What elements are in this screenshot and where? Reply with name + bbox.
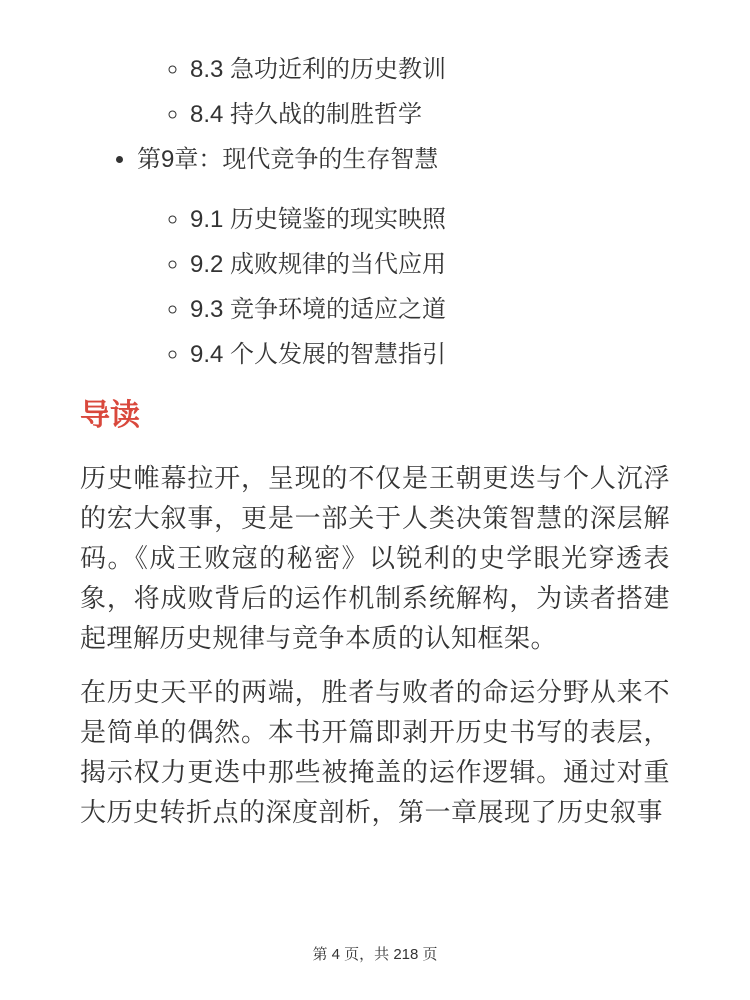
toc-item-9-2: 9.2 成败规律的当代应用 [190, 251, 670, 279]
toc-chapter9-label: 第9章：现代竞争的生存智慧 [137, 146, 438, 173]
toc-chapter8-sublist: 8.3 急功近利的历史教训 8.4 持久战的制胜哲学 [137, 56, 670, 129]
toc-chapter9-sublist: 9.1 历史镜鉴的现实映照 9.2 成败规律的当代应用 9.3 竞争环境的适应之… [137, 206, 670, 369]
document-page: 8.3 急功近利的历史教训 8.4 持久战的制胜哲学 第9章：现代竞争的生存智慧… [0, 0, 750, 832]
toc-item-9-3: 9.3 竞争环境的适应之道 [190, 296, 670, 324]
intro-paragraph-2: 在历史天平的两端，胜者与败者的命运分野从来不是简单的偶然。本书开篇即剥开历史书写… [80, 672, 670, 832]
page-indicator: 第 4 页，共 218 页 [0, 943, 750, 964]
intro-paragraph-1: 历史帷幕拉开，呈现的不仅是王朝更迭与个人沉浮的宏大叙事，更是一部关于人类决策智慧… [80, 458, 670, 658]
toc-item-8-3: 8.3 急功近利的历史教训 [190, 56, 670, 84]
toc-item-9-1: 9.1 历史镜鉴的现实映照 [190, 206, 670, 234]
table-of-contents: 8.3 急功近利的历史教训 8.4 持久战的制胜哲学 第9章：现代竞争的生存智慧… [80, 56, 670, 369]
section-heading-daodu: 导读 [80, 400, 670, 432]
toc-chapter8-continuation: 8.3 急功近利的历史教训 8.4 持久战的制胜哲学 [137, 56, 670, 129]
toc-item-9-4: 9.4 个人发展的智慧指引 [190, 341, 670, 369]
toc-item-8-4: 8.4 持久战的制胜哲学 [190, 101, 670, 129]
toc-item-chapter9: 第9章：现代竞争的生存智慧 9.1 历史镜鉴的现实映照 9.2 成败规律的当代应… [137, 146, 670, 369]
